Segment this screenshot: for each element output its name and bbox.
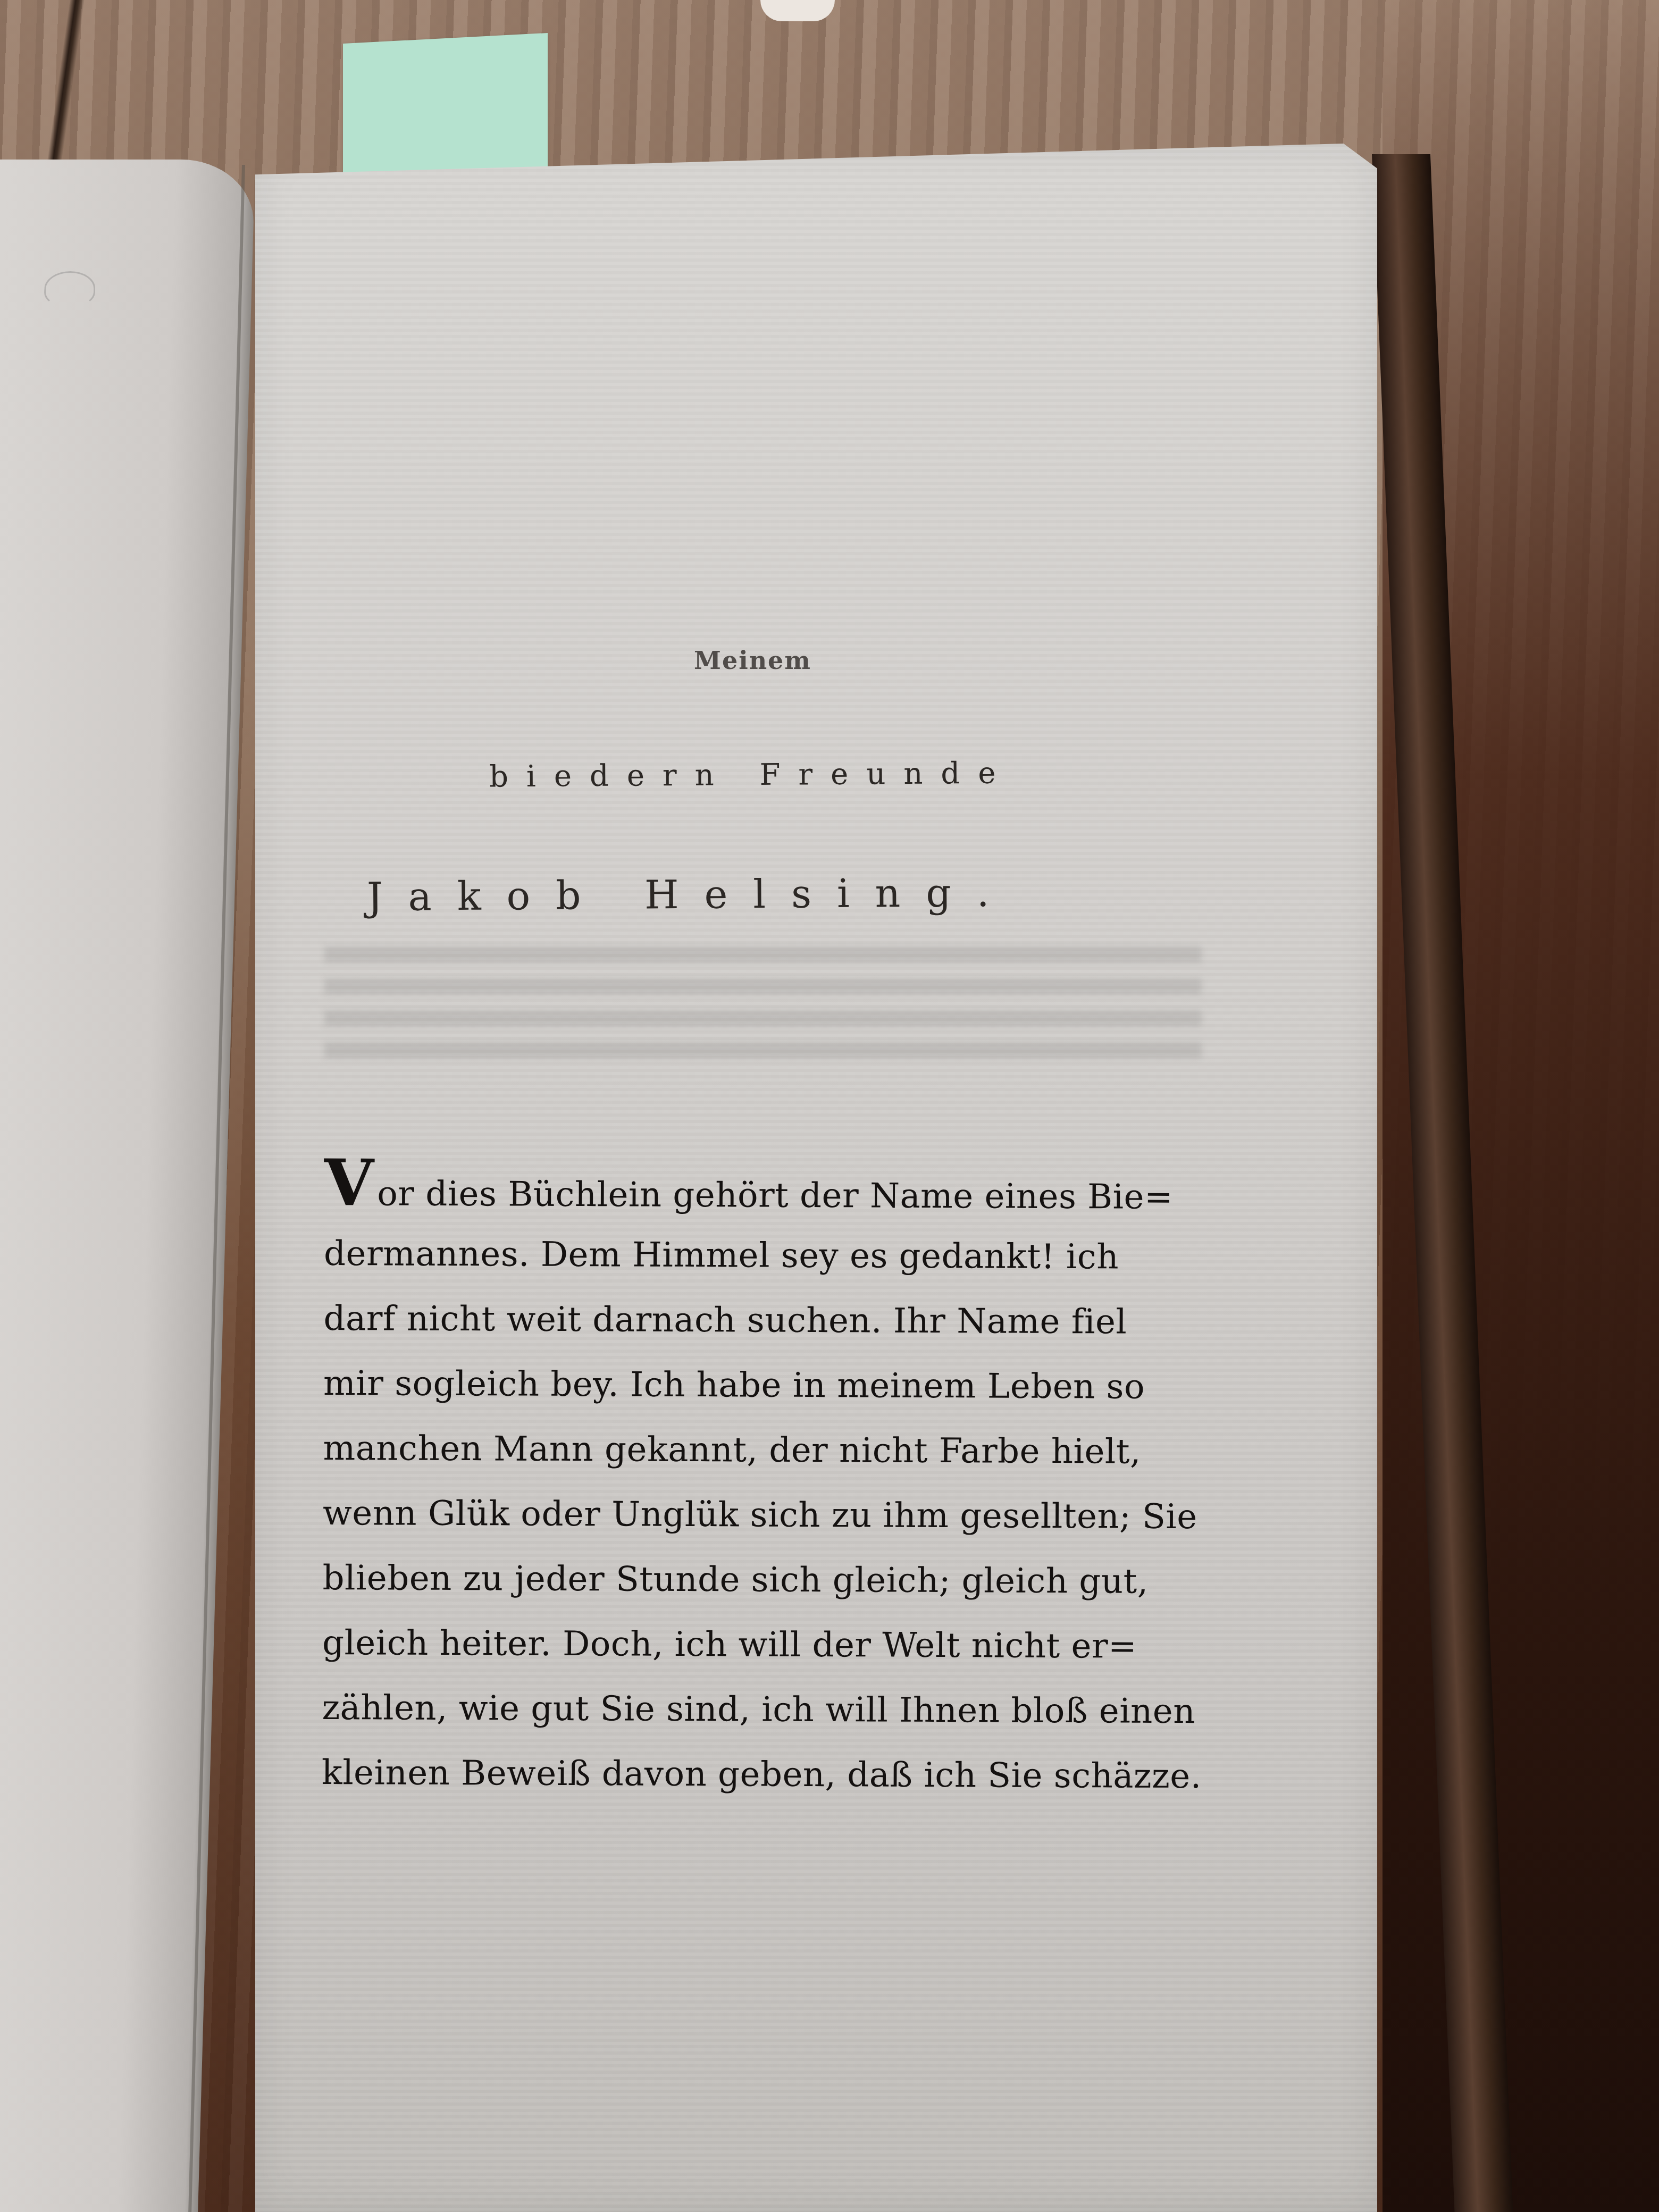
dedication-line-meinem: Meinem [694, 646, 811, 675]
paragraph-line-6: wenn Glük oder Unglük sich zu ihm gesell… [323, 1481, 1217, 1549]
drop-cap: V [324, 1145, 374, 1220]
paragraph-line-10: kleinen Beweiß davon geben, daß ich Sie … [322, 1740, 1216, 1809]
paragraph-line-1: Vor dies Büchlein gehört der Name eines … [324, 1157, 1218, 1225]
paragraph-line-5: manchen Mann gekannt, der nicht Farbe hi… [323, 1416, 1217, 1485]
line-text: or dies Büchlein gehört der Name eines B… [377, 1174, 1173, 1217]
dedication-paragraph: Vor dies Büchlein gehört der Name eines … [322, 1157, 1218, 1809]
paragraph-line-2: dermannes. Dem Himmel sey es gedankt! ic… [324, 1221, 1218, 1290]
dedication-line-friend: biedern Freunde [489, 756, 1014, 794]
paragraph-line-8: gleich heiter. Doch, ich will der Welt n… [322, 1611, 1216, 1679]
paragraph-line-3: darf nicht weit darnach suchen. Ihr Name… [323, 1286, 1217, 1355]
paragraph-line-7: blieben zu jeder Stunde sich gleich; gle… [322, 1546, 1216, 1614]
paragraph-line-9: zählen, wie gut Sie sind, ich will Ihnen… [322, 1675, 1216, 1744]
left-page-blind-stamp [44, 271, 96, 306]
paper-scrap [760, 0, 835, 21]
ink-show-through [324, 946, 1202, 1069]
paragraph-line-4: mir sogleich bey. Ich habe in meinem Leb… [323, 1351, 1217, 1420]
dedication-name: Jakob Helsing. [367, 870, 1015, 920]
